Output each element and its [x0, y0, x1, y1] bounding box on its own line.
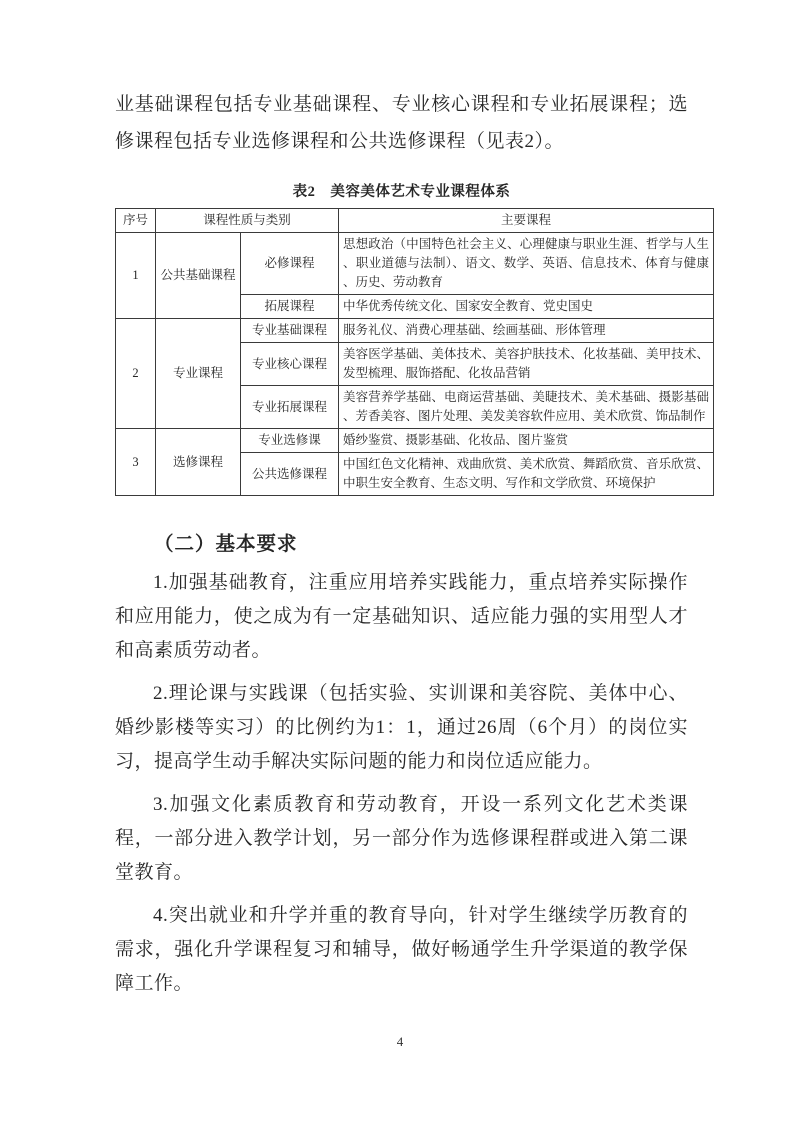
body-paragraph-3: 3.加强文化素质教育和劳动教育，开设一系列文化艺术类课程，一部分进入教学计划，另… — [115, 788, 688, 890]
cell-row2a-courses: 服务礼仪、消费心理基础、绘画基础、形体管理 — [339, 319, 714, 343]
cell-row1a-type: 必修课程 — [241, 233, 339, 295]
cell-row2-category: 专业课程 — [156, 319, 241, 429]
table-row: 2 专业课程 专业基础课程 服务礼仪、消费心理基础、绘画基础、形体管理 — [116, 319, 714, 343]
page-number: 4 — [0, 1034, 800, 1050]
cell-row1a-courses: 思想政治（中国特色社会主义、心理健康与职业生涯、哲学与人生、职业道德与法制）、语… — [339, 233, 714, 295]
table-header-row: 序号 课程性质与类别 主要课程 — [116, 209, 714, 233]
intro-paragraph: 业基础课程包括专业基础课程、专业核心课程和专业拓展课程；选修课程包括专业选修课程… — [115, 86, 688, 160]
section-heading: （二）基本要求 — [115, 532, 688, 558]
table-caption: 表2 美容美体艺术专业课程体系 — [115, 182, 688, 202]
cell-row3-category: 选修课程 — [156, 429, 241, 496]
cell-row2c-courses: 美容营养学基础、电商运营基础、美睫技术、美术基础、摄影基础、芳香美容、图片处理、… — [339, 386, 714, 429]
cell-row2-index: 2 — [116, 319, 156, 429]
cell-row3b-courses: 中国红色文化精神、戏曲欣赏、美术欣赏、舞蹈欣赏、音乐欣赏、中职生安全教育、生态文… — [339, 453, 714, 496]
cell-row3a-type: 专业选修课 — [241, 429, 339, 453]
cell-row2a-type: 专业基础课程 — [241, 319, 339, 343]
course-system-table: 序号 课程性质与类别 主要课程 1 公共基础课程 必修课程 思想政治（中国特色社… — [115, 208, 714, 496]
body-paragraph-1: 1.加强基础教育，注重应用培养实践能力，重点培养实际操作和应用能力，使之成为有一… — [115, 566, 688, 668]
header-cell-category: 课程性质与类别 — [156, 209, 339, 233]
header-cell-index: 序号 — [116, 209, 156, 233]
cell-row1-category: 公共基础课程 — [156, 233, 241, 319]
cell-row3-index: 3 — [116, 429, 156, 496]
cell-row1b-type: 拓展课程 — [241, 295, 339, 319]
cell-row3a-courses: 婚纱鉴赏、摄影基础、化妆品、图片鉴赏 — [339, 429, 714, 453]
cell-row3b-type: 公共选修课程 — [241, 453, 339, 496]
table-row: 3 选修课程 专业选修课 婚纱鉴赏、摄影基础、化妆品、图片鉴赏 — [116, 429, 714, 453]
header-cell-courses: 主要课程 — [339, 209, 714, 233]
cell-row2b-type: 专业核心课程 — [241, 343, 339, 386]
cell-row2b-courses: 美容医学基础、美体技术、美容护肤技术、化妆基础、美甲技术、发型梳理、服饰搭配、化… — [339, 343, 714, 386]
document-page: 业基础课程包括专业基础课程、专业核心课程和专业拓展课程；选修课程包括专业选修课程… — [0, 0, 800, 1131]
cell-row1b-courses: 中华优秀传统文化、国家安全教育、党史国史 — [339, 295, 714, 319]
table-row: 1 公共基础课程 必修课程 思想政治（中国特色社会主义、心理健康与职业生涯、哲学… — [116, 233, 714, 295]
body-paragraph-4: 4.突出就业和升学并重的教育导向，针对学生继续学历教育的需求，强化升学课程复习和… — [115, 899, 688, 1001]
cell-row2c-type: 专业拓展课程 — [241, 386, 339, 429]
body-paragraph-2: 2.理论课与实践课（包括实验、实训课和美容院、美体中心、婚纱影楼等实习）的比例约… — [115, 677, 688, 779]
page-content: 业基础课程包括专业基础课程、专业核心课程和专业拓展课程；选修课程包括专业选修课程… — [115, 86, 688, 1010]
cell-row1-index: 1 — [116, 233, 156, 319]
